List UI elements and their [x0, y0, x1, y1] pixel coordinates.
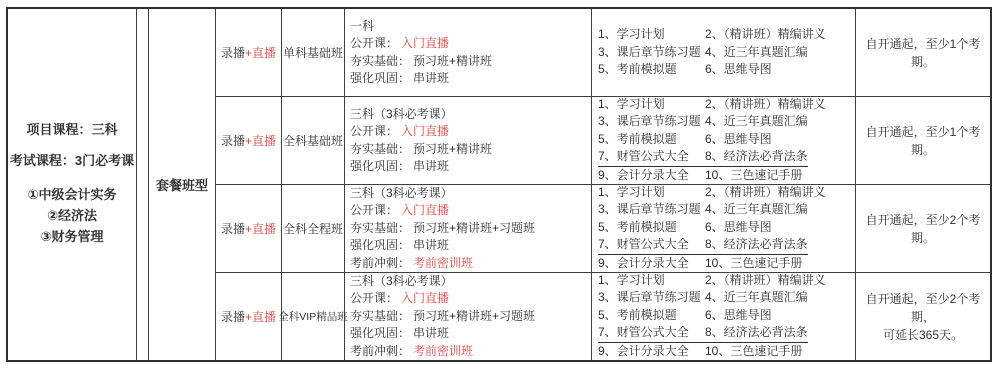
detail-line: 公开课：入门直播 [350, 202, 591, 219]
delivery-recorded-label: 录播 [221, 220, 245, 237]
delivery-mode-cell: 录播+直播 [215, 273, 281, 360]
detail-line: 夯实基础：预习班+精讲班 [350, 141, 591, 158]
package-name: 全科VIP精品班 [278, 309, 347, 324]
detail-line: 公开课：入门直播 [350, 123, 591, 140]
delivery-mode-cell: 录播+直播 [215, 9, 281, 96]
package-row: 录播+直播 单科基础班 一科 公开课：入门直播 夯实基础：预习班+精讲班 强化巩… [215, 9, 990, 96]
material-line: 7、财管公式大全8、经济法必背法条 [598, 236, 855, 254]
material-line: 1、学习计划2、（精讲班）精编讲义 [598, 184, 855, 201]
course-details-cell: 三科（3科必考课） 公开课：入门直播 夯实基础：预习班+精讲班+习题班 强化巩固… [344, 273, 591, 360]
detail-line: 强化巩固：串讲班 [350, 70, 591, 87]
material-line: 5、考前模拟题6、思维导图 [598, 131, 855, 148]
material-line: 5、考前模拟题6、思维导图 [598, 307, 855, 324]
course-package-table: 项目课程：三科 考试课程：3门必考课 ①中级会计实务 ②经济法 ③财务管理 套餐… [6, 7, 992, 362]
exam-course-line: 考试课程：3门必考课 [10, 153, 134, 169]
validity-text: 可延长365天。 [883, 326, 963, 344]
package-name-cell: 全科全程班 [281, 185, 344, 272]
package-name-cell: 单科基础班 [281, 9, 344, 96]
delivery-mode-cell: 录播+直播 [215, 185, 281, 272]
detail-line: 公开课：入门直播 [350, 35, 591, 52]
validity-cell: 自开通起，至少2个考期， 可延长365天。 [855, 273, 990, 360]
detail-line: 强化巩固：串讲班 [350, 158, 591, 175]
materials-cell: 1、学习计划2、（精讲班）精编讲义 3、课后章节练习题4、近三年真题汇编 5、考… [591, 185, 855, 272]
material-line: 1、学习计划2、（精讲班）精编讲义 [598, 96, 855, 113]
package-name: 全科基础班 [283, 132, 343, 149]
package-rows: 录播+直播 单科基础班 一科 公开课：入门直播 夯实基础：预习班+精讲班 强化巩… [215, 9, 990, 360]
detail-line: 夯实基础：预习班+精讲班+习题班 [350, 220, 591, 237]
material-line: 3、课后章节练习题4、近三年真题汇编 [598, 289, 855, 306]
subject-item: ②经济法 [47, 205, 97, 226]
material-line: 1、学习计划2、（精讲班）精编讲义 [598, 26, 855, 43]
validity-cell: 自开通起，至少2个考期。 [855, 185, 990, 272]
delivery-live-label: +直播 [245, 308, 276, 325]
material-line: 5、考前模拟题6、思维导图 [598, 219, 855, 236]
material-line: 9、会计分录大全10、三色速记手册 [598, 167, 855, 185]
materials-cell: 1、学习计划2、（精讲班）精编讲义 3、课后章节练习题4、近三年真题汇编 5、考… [591, 97, 855, 184]
materials-cell: 1、学习计划2、（精讲班）精编讲义 3、课后章节练习题4、近三年真题汇编 5、考… [591, 273, 855, 360]
package-row: 录播+直播 全科全程班 三科（3科必考课） 公开课：入门直播 夯实基础：预习班+… [215, 184, 990, 272]
materials-cell: 1、学习计划2、（精讲班）精编讲义 3、课后章节练习题4、近三年真题汇编 5、考… [591, 9, 855, 96]
validity-text: 自开通起，至少1个考期。 [860, 35, 986, 71]
delivery-live-label: +直播 [245, 44, 276, 61]
package-row: 录播+直播 全科基础班 三科（3科必考课） 公开课：入门直播 夯实基础：预习班+… [215, 96, 990, 184]
spacer-column [136, 9, 148, 360]
material-line: 7、财管公式大全8、经济法必背法条 [598, 148, 855, 166]
material-line: 3、课后章节练习题4、近三年真题汇编 [598, 44, 855, 61]
delivery-recorded-label: 录播 [221, 308, 245, 325]
package-type-header: 套餐班型 [156, 175, 208, 194]
course-details-cell: 三科（3科必考课） 公开课：入门直播 夯实基础：预习班+精讲班+习题班 强化巩固… [344, 185, 591, 272]
material-line: 9、会计分录大全10、三色速记手册 [598, 343, 855, 361]
detail-line: 夯实基础：预习班+精讲班+习题班 [350, 308, 591, 325]
course-package-sheet: 项目课程：三科 考试课程：3门必考课 ①中级会计实务 ②经济法 ③财务管理 套餐… [0, 0, 1000, 371]
material-line: 1、学习计划2、（精讲班）精编讲义 [598, 272, 855, 289]
detail-line: 三科（3科必考课） [350, 106, 591, 123]
delivery-mode-cell: 录播+直播 [215, 97, 281, 184]
course-details-cell: 一科 公开课：入门直播 夯实基础：预习班+精讲班 强化巩固：串讲班 [344, 9, 591, 96]
delivery-recorded-label: 录播 [221, 132, 245, 149]
package-row: 录播+直播 全科VIP精品班 三科（3科必考课） 公开课：入门直播 夯实基础：预… [215, 272, 990, 360]
project-course-line: 项目课程：三科 [26, 122, 117, 138]
detail-line: 三科（3科必考课） [350, 185, 591, 202]
detail-line: 三科（3科必考课） [350, 273, 591, 290]
detail-line: 考前冲刺：考前密训班 [350, 255, 591, 272]
package-name: 单科基础班 [283, 44, 343, 61]
detail-line: 夯实基础：预习班+精讲班 [350, 53, 591, 70]
subject-item: ③财务管理 [40, 226, 103, 247]
package-name-cell: 全科基础班 [281, 97, 344, 184]
validity-text: 自开通起，至少1个考期。 [860, 123, 986, 159]
validity-text: 自开通起，至少2个考期， [860, 290, 986, 326]
detail-line: 公开课：入门直播 [350, 290, 591, 307]
detail-line: 强化巩固：串讲班 [350, 325, 591, 342]
detail-line: 考前冲刺：考前密训班 [350, 343, 591, 360]
course-details-cell: 三科（3科必考课） 公开课：入门直播 夯实基础：预习班+精讲班 强化巩固：串讲班 [344, 97, 591, 184]
material-line: 5、考前模拟题6、思维导图 [598, 61, 855, 78]
detail-line: 强化巩固：串讲班 [350, 237, 591, 254]
material-line: 9、会计分录大全10、三色速记手册 [598, 255, 855, 273]
subject-item: ①中级会计实务 [27, 184, 116, 205]
delivery-live-label: +直播 [245, 132, 276, 149]
material-line: 3、课后章节练习题4、近三年真题汇编 [598, 113, 855, 130]
detail-line: 一科 [350, 18, 591, 35]
material-line: 3、课后章节练习题4、近三年真题汇编 [598, 201, 855, 218]
package-name: 全科全程班 [283, 220, 343, 237]
material-line: 7、财管公式大全8、经济法必背法条 [598, 324, 855, 342]
validity-cell: 自开通起，至少1个考期。 [855, 9, 990, 96]
package-name-cell: 全科VIP精品班 [281, 273, 344, 360]
package-type-header-cell: 套餐班型 [148, 9, 215, 360]
project-info-cell: 项目课程：三科 考试课程：3门必考课 ①中级会计实务 ②经济法 ③财务管理 [8, 9, 136, 360]
validity-cell: 自开通起，至少1个考期。 [855, 97, 990, 184]
validity-text: 自开通起，至少2个考期。 [860, 211, 986, 247]
delivery-recorded-label: 录播 [221, 44, 245, 61]
delivery-live-label: +直播 [245, 220, 276, 237]
